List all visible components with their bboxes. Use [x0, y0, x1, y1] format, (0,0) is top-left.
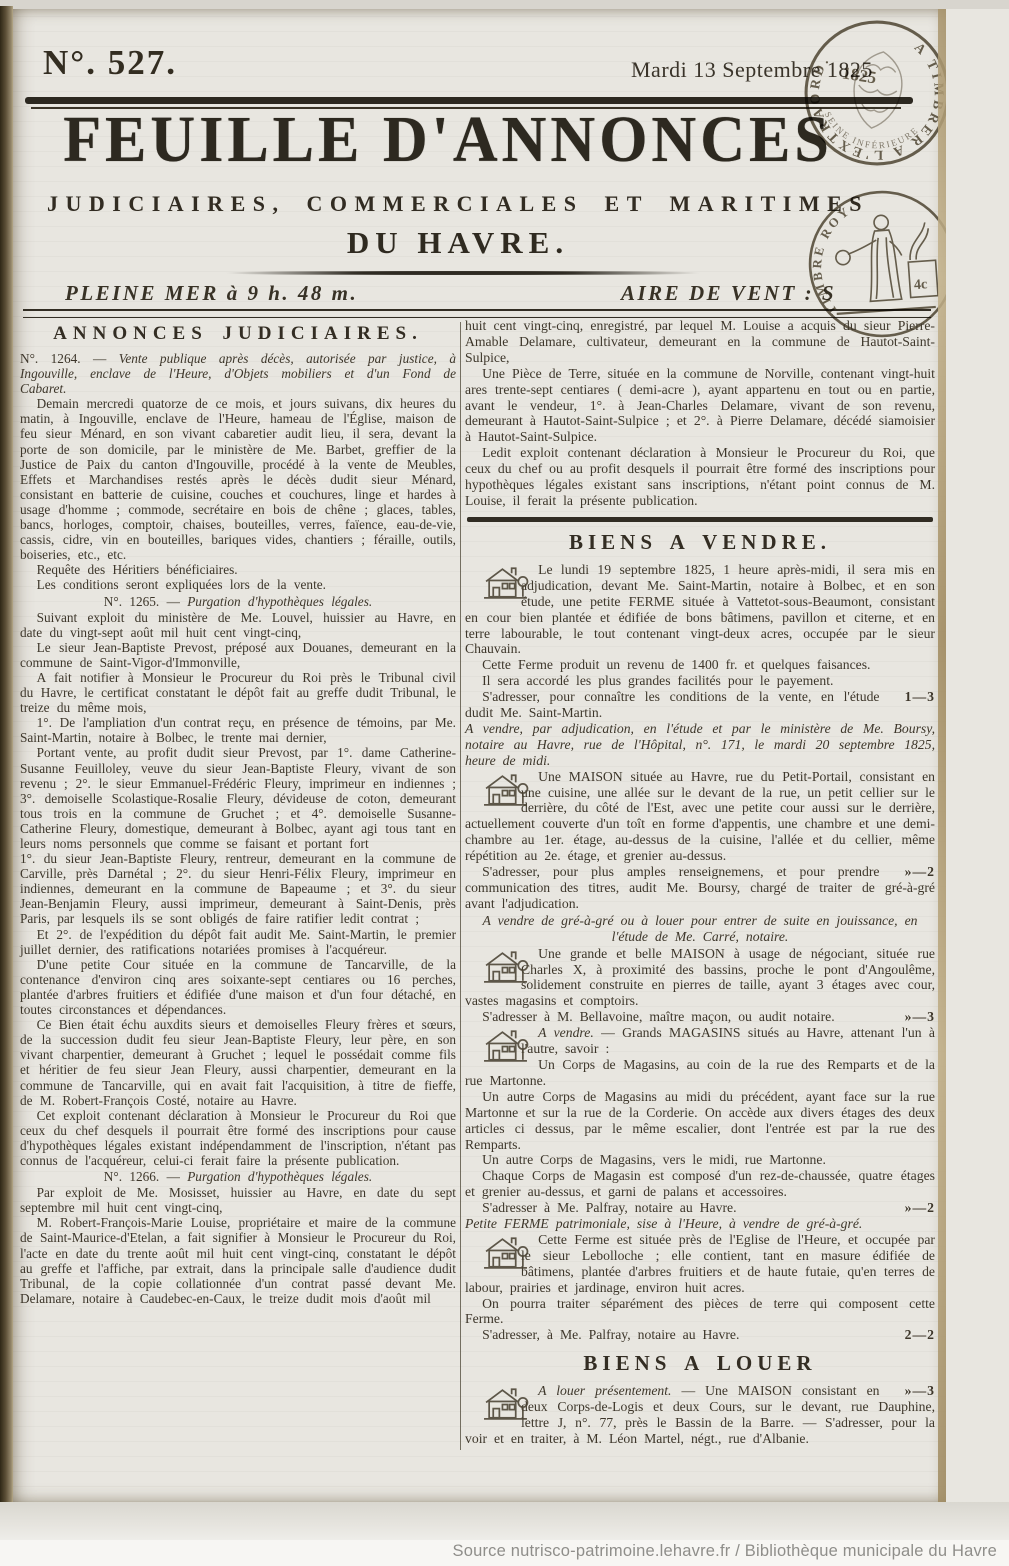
text-segment: — Une MAISON consistant en deux Corps-de…: [465, 1383, 935, 1446]
text-segment: N°. 1265. —: [104, 594, 187, 609]
royal-stamp-figure: [830, 212, 939, 314]
paragraph: A vendre. — Grands MAGASINS situés au Ha…: [465, 1025, 935, 1057]
paragraph: 2—2S'adresser, à Me. Palfray, notaire au…: [465, 1327, 935, 1343]
ad-repeat-marker: »—2: [880, 864, 936, 880]
masthead-lens-divider: [183, 271, 743, 275]
ad-repeat-marker: 1—3: [880, 689, 936, 705]
paragraph: Cette Ferme produit un revenu de 1400 fr…: [465, 657, 935, 673]
newspaper-page: N°. 527. Mardi 13 Septembre 1825 FEUILLE…: [13, 9, 946, 1502]
postal-stamp-year: 1825: [841, 63, 878, 87]
royal-stamp-value: 4c: [913, 276, 927, 293]
paragraph: »—3S'adresser à M. Bellavoine, maître ma…: [465, 1009, 935, 1025]
paragraph: Demain mercredi quatorze de ce mois, et …: [20, 396, 456, 562]
paragraph: Par exploit de Me. Mosisset, huissier au…: [20, 1185, 456, 1215]
paragraph: Une grande et belle MAISON à usage de né…: [465, 946, 935, 1010]
paragraph: Le sieur Jean-Baptiste Prevost, préposé …: [20, 640, 456, 670]
house-vignette-icon: [465, 948, 512, 985]
archive-viewer: { "colors":{"paper":"#d7d1c0","ink":"#3d…: [0, 0, 1009, 1566]
paragraph: A vendre de gré-à-gré ou à louer pour en…: [465, 913, 935, 945]
paragraph: Requête des Héritiers bénéficiaires.: [20, 562, 456, 577]
paragraph: Un autre Corps de Magasins, vers le midi…: [465, 1152, 935, 1168]
section-heading: BIENS A LOUER: [465, 1350, 935, 1377]
paragraph: Portant vente, au profit dudit sieur Pre…: [20, 745, 456, 851]
paragraph: Et 2°. de l'expédition du dépôt fait aud…: [20, 927, 456, 957]
paragraph: Cette Ferme est située près de l'Eglise …: [465, 1232, 935, 1296]
left-column: ANNONCES JUDICIAIRES.N°. 1264. — Vente p…: [20, 320, 456, 1306]
text-segment-italic: Purgation d'hypothèques légales.: [187, 1169, 372, 1184]
paragraph: Chaque Corps de Magasin est composé d'un…: [465, 1168, 935, 1200]
house-vignette-icon: [465, 1234, 512, 1271]
paragraph: »—2S'adresser, pour plus amples renseign…: [465, 864, 935, 912]
paragraph: »—3A louer présentement. — Une MAISON co…: [465, 1383, 935, 1447]
house-vignette-icon: [465, 1385, 512, 1422]
paragraph: Un Corps de Magasins, au coin de la rue …: [465, 1057, 935, 1089]
text-segment-italic: A louer présentement.: [538, 1383, 671, 1398]
text-segment-italic: A vendre.: [538, 1025, 594, 1040]
ad-repeat-marker: »—3: [880, 1009, 936, 1025]
postal-stamp: A TIMBRER A L'EXTRAORD. SEINE INFÉRIEURE…: [790, 9, 946, 180]
paragraph: 1°. De l'ampliation d'un contrat reçu, e…: [20, 715, 456, 745]
paragraph: Un autre Corps de Magasins au midi du pr…: [465, 1089, 935, 1153]
right-column: huit cent vingt-cinq, enregistré, par le…: [465, 318, 935, 1447]
paragraph: On pourra traiter séparément des pièces …: [465, 1296, 935, 1328]
house-vignette-icon: [465, 771, 512, 808]
paragraph: N°. 1265. — Purgation d'hypothèques léga…: [20, 594, 456, 609]
section-divider-rule: [467, 517, 933, 522]
paragraph: Le lundi 19 septembre 1825, 1 heure aprè…: [465, 562, 935, 657]
paragraph: Ledit exploit contenant déclaration à Mo…: [465, 445, 935, 509]
masthead-rule-bottom: [23, 309, 931, 318]
paragraph: A vendre, par adjudication, en l'étude e…: [465, 721, 935, 769]
paragraph: Ce Bien était échu auxdits sieurs et dem…: [20, 1017, 456, 1108]
paragraph: Une Pièce de Terre, située en la commune…: [465, 366, 935, 446]
paragraph: »—2S'adresser à Me. Palfray, notaire au …: [465, 1200, 935, 1216]
paragraph: N°. 1266. — Purgation d'hypothèques léga…: [20, 1169, 456, 1184]
paragraph: N°. 1264. — Vente publique après décès, …: [20, 351, 456, 396]
text-segment-italic: Purgation d'hypothèques légales.: [187, 594, 372, 609]
svg-text:A TIMBRER A L'EXTRAORD.: A TIMBRER A L'EXTRAORD.: [797, 23, 946, 173]
issue-number: N°. 527.: [43, 43, 177, 83]
postal-stamp-ring-text: A TIMBRER A L'EXTRAORD.: [797, 23, 946, 173]
paragraph: Cet exploit contenant déclaration à Mons…: [20, 1108, 456, 1168]
section-heading: ANNONCES JUDICIAIRES.: [20, 322, 456, 346]
ad-repeat-marker: 2—2: [880, 1327, 936, 1343]
paragraph: 1—3S'adresser, pour connaître les condit…: [465, 689, 935, 721]
paragraph: Suivant exploit du ministère de Me. Louv…: [20, 610, 456, 640]
stamp-crest-ornament: [848, 48, 907, 131]
source-attribution: Source nutrisco-patrimoine.lehavre.fr / …: [452, 1542, 997, 1561]
house-vignette-icon: [465, 1027, 512, 1064]
tide-info: PLEINE MER à 9 h. 48 m.: [65, 281, 358, 306]
paragraph: 1°. du sieur Jean-Baptiste Fleury, rentr…: [20, 851, 456, 926]
newspaper-subtitle: JUDICIAIRES, COMMERCIALES ET MARITIMES: [13, 191, 903, 217]
scan-background-top: [0, 0, 1009, 9]
paragraph: Il sera accordé les plus grandes facilit…: [465, 673, 935, 689]
section-heading: BIENS A VENDRE.: [465, 529, 935, 556]
ad-repeat-marker: »—3: [880, 1383, 936, 1399]
newspaper-title: FEUILLE D'ANNONCES: [13, 103, 883, 178]
paragraph: Les conditions seront expliquées lors de…: [20, 577, 456, 592]
source-bar: Source nutrisco-patrimoine.lehavre.fr / …: [0, 1540, 1009, 1566]
newspaper-region: DU HAVRE.: [13, 225, 903, 261]
paragraph: Une MAISON située au Havre, rue du Petit…: [465, 769, 935, 864]
paragraph: Petite FERME patrimoniale, sise à l'Heur…: [465, 1216, 935, 1232]
paragraph: A fait notifier à Monsieur le Procureur …: [20, 670, 456, 715]
column-divider-rule: [460, 322, 462, 1450]
house-vignette-icon: [465, 564, 512, 601]
paragraph: huit cent vingt-cinq, enregistré, par le…: [465, 318, 935, 366]
text-segment: N°. 1266. —: [104, 1169, 187, 1184]
book-binding-edge: [0, 6, 13, 1502]
paragraph: M. Robert-François-Marie Louise, proprié…: [20, 1215, 456, 1306]
text-segment: N°. 1264. —: [20, 351, 119, 366]
paragraph: D'une petite Cour située en la commune d…: [20, 957, 456, 1017]
ad-repeat-marker: »—2: [880, 1200, 936, 1216]
scan-background-bottom: [0, 1502, 1009, 1540]
